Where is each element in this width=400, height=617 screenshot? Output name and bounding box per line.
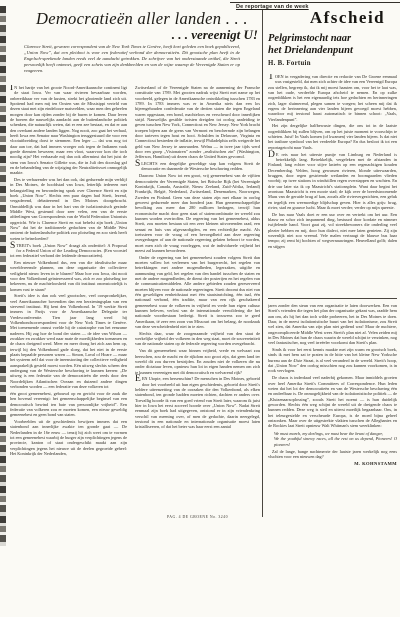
paragraph: Sinds ik voor het eerst kennis maakte me… [268, 347, 397, 374]
left-article-column-2: Zwitserland of de Vereenigde Staten na d… [135, 85, 260, 513]
paragraph: Streit's idee is dan ook veel grootscher… [10, 293, 127, 389]
paragraph: SLECHTS een dergelijke geweldige stap ka… [135, 161, 260, 172]
left-article-column-1: IN het hartje van het groote Noord-Ameri… [10, 85, 127, 513]
article-separator-rule [268, 298, 397, 299]
paragraph: Onder de regeering van het gemeenebest z… [135, 255, 260, 330]
scan-edge-artifact [0, 6, 6, 546]
paragraph: De bus naar Vaals doet er een uur over e… [268, 212, 397, 249]
paragraph: Een nieuwe Volkenbond dus, een van die i… [10, 260, 127, 292]
paragraph: Slechts daar, waar de zoogenaamde vrijhe… [135, 331, 260, 347]
paragraph: Voorbeelden uit de geschiedenis bewijzen… [10, 419, 127, 456]
column-divider-rule [262, 9, 263, 517]
paragraph: Daarom: Union Now tot een groot, vrij ge… [135, 173, 260, 253]
left-article-headline-line2: . . . vereenigt U! [36, 27, 258, 43]
quote-line: We the youthful sinewy races, all the re… [274, 436, 397, 447]
paragraph: één groot gemeenebest, gebouwd op en ger… [10, 391, 127, 418]
paragraph: TOEN in vergadering van directie en reda… [268, 74, 397, 122]
paragraph: Van dit gemeenebest waar binnen vrijheid… [135, 348, 260, 375]
paragraph: Het zijn dergelijke halfbewuste dingen, … [268, 123, 397, 150]
paragraph: De chaos is inderdaad veel naderbij geko… [268, 375, 397, 428]
left-article-continuation-column: jaren zonder den steun van een organisat… [268, 303, 397, 517]
paragraph: STREIT's boek „Union Now” draagt als ond… [10, 243, 127, 259]
left-article-intro: Clarence Streit, gewezen correspondent v… [24, 44, 240, 74]
left-article-headline-line1: Democratieën aller landen . . . [36, 9, 260, 29]
quote-line: We must march, my darlings, we must bear… [274, 431, 397, 436]
right-article-subhead-line2: het Drielandenpunt [268, 45, 397, 56]
right-article-subhead-line1: Pelgrimstocht naar [268, 33, 397, 44]
paragraph: IN het hartje van het groote Noord-Ameri… [10, 85, 127, 176]
top-rule [230, 2, 400, 3]
paragraph: DE reis naar het uiterste puntje van Lim… [268, 152, 397, 211]
paragraph: EEN Utopie, een hersenschim? De menschen… [135, 376, 260, 429]
right-article-column: TOEN in vergadering van directie en reda… [268, 74, 397, 296]
whitman-quote: We must march, my darlings, we must bear… [274, 431, 397, 447]
author-signature: M. KOHNSTAMM [268, 461, 397, 467]
newspaper-page: De reportage van de week Democratieën al… [0, 0, 400, 617]
right-article-byline: H. B. Fortuin [268, 60, 311, 67]
closing-paragraph: Zal de lange, bange nachtmerrie der laat… [268, 449, 397, 460]
right-article-headline: Afscheid [298, 8, 397, 28]
paragraph: jaren zonder den steun van een organisat… [268, 303, 397, 346]
paragraph: Des te verbazender was het dan ook, dat … [10, 177, 127, 241]
paragraph: Zwitserland of de Vereenigde Staten na d… [135, 85, 260, 160]
page-footer: PAG. 4 DE GROENE No. 3240 [135, 515, 260, 519]
